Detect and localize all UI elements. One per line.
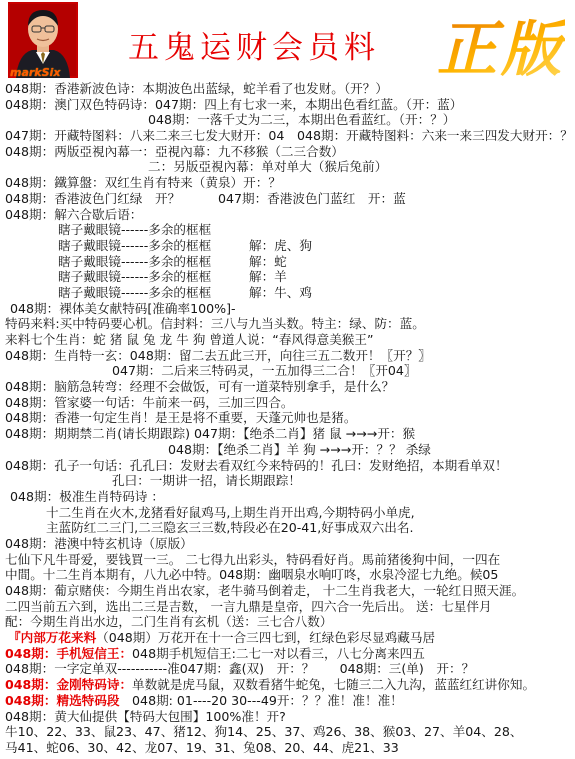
text-line: 『内部万花来料（048期）万花开在十一合三四七到，红绿色彩尽显鸡藏马居 xyxy=(0,630,575,646)
text-line: 048期：一落千丈为二三，本期出色看蓝红。（开：？） xyxy=(0,112,575,128)
line-text: 048期：期期禁二肖(请长期跟踪) 047期：【绝杀二肖】猪 鼠 →→→开：猴 xyxy=(5,426,415,441)
line-text: 048期：解六合歇后语： xyxy=(5,207,142,222)
line-text: 048期：一落千丈为二三，本期出色看蓝红。（开：？） xyxy=(148,112,455,127)
line-text: 048期：管家婆一句话：牛前来一码，三加三四合。 xyxy=(5,395,294,410)
text-line: 048期：金刚特码诗：单数就是虎马鼠，双数看猪牛蛇兔，七随三二入九沟，蓝蓝红红讲… xyxy=(0,677,575,693)
text-line: 048期：裸体美女献特码[准确率100%]- xyxy=(0,301,575,317)
line-text: 瞎子戴眼镜------多余的框框 解：牛、鸡 xyxy=(58,285,312,300)
text-line: 十二生肖在火木,龙猪看好鼠鸡马,上期生肖开出鸡,今期特码小单虎, xyxy=(0,505,575,521)
text-line: 048期：期期禁二肖(请长期跟踪) 047期：【绝杀二肖】猪 鼠 →→→开：猴 xyxy=(0,426,575,442)
text-line: 048期：生肖特一玄：048期：留二去五此三开，向往三五二数开！〖开？〗 xyxy=(0,348,575,364)
text-line: 048期：澳门双色特码诗：047期：四上有七求一来，本期出色看红蓝。（开：蓝） xyxy=(0,97,575,113)
line-label-red: 048期：手机短信王： xyxy=(5,646,132,661)
line-text: 047期：开藏特图料：八来二来三七发大财开：04 048期：开藏特图料：六来一来… xyxy=(5,128,573,143)
line-text: 主蓝防红二三门,二三隐玄三三数,特段必在20-41,好事成双六出名. xyxy=(46,520,413,535)
text-line: 048期：极准生肖特码诗 ： xyxy=(0,489,575,505)
line-text: （048期）万花开在十一合三四七到，红绿色彩尽显鸡藏马居 xyxy=(96,630,435,645)
line-text: 单数就是虎马鼠，双数看猪牛蛇兔，七随三二入九沟，蓝蓝红红讲你知。 xyxy=(132,677,535,692)
page-title: 五鬼运财会员料 xyxy=(128,22,380,67)
text-line: 048期：解六合歇后语： xyxy=(0,207,575,223)
line-text: 二：另版亞視內幕：单对单大（猴后兔前） xyxy=(148,159,387,174)
text-line: 瞎子戴眼镜------多余的框框 xyxy=(0,222,575,238)
line-text: 048期：澳门双色特码诗：047期：四上有七求一来，本期出色看红蓝。（开：蓝） xyxy=(5,97,462,112)
line-label-red: 『内部万花来料 xyxy=(8,630,96,645)
text-line: 主蓝防红二三门,二三隐玄三三数,特段必在20-41,好事成双六出名. xyxy=(0,520,575,536)
line-text: 048期：极准生肖特码诗 ： xyxy=(10,489,164,504)
line-text: 048期：孔子一句话：孔孔曰：发财去看双红今来特码的！孔曰：发财绝招，本期看单双… xyxy=(5,458,508,473)
text-line: 瞎子戴眼镜------多余的框框 解：蛇 xyxy=(0,254,575,270)
line-text: 中間。十二生肖本期有，八九必中特。048期：幽咽泉水响叮咚，水泉冷涩七九绝。候0… xyxy=(5,567,498,582)
text-line: 048期：脑筋急转弯：经理不会做饭，可有一道菜特别拿手，是什么？ xyxy=(0,379,575,395)
line-text: 牛10、22、33、鼠23、47、猪12、狗14、25、37、鸡26、38、猴0… xyxy=(5,724,522,739)
line-text: 048期：葡京赌侠：今期生肖出农家，老牛骑马倒着走， 十二生肖我老大，一轮红日照… xyxy=(5,583,524,598)
line-text: 048期：香港新波色诗：本期波色出蓝绿，蛇羊看了也发财。（开？） xyxy=(5,81,388,96)
line-text: 048期：港澳中特玄机诗（原版） xyxy=(5,536,193,551)
line-text: 马41、蛇06、30、42、龙07、19、31、兔08、20、44、虎21、33 xyxy=(5,740,399,755)
line-text: 配：今期生肖出水边，二门生肖有玄机（送：三七合八数） xyxy=(5,614,332,629)
text-line: 048期：【绝杀二肖】羊 狗 →→→开：？？ 杀绿 xyxy=(0,442,575,458)
text-line: 048期：一字定单双-----------准047期：鑫(双) 开：？ 048期… xyxy=(0,661,575,677)
line-text: 048期：香港一句定生肖！是王是将不重要，天蓬元帅也是猪。 xyxy=(5,410,356,425)
line-text: 瞎子戴眼镜------多余的框框 解：虎、狗 xyxy=(58,238,312,253)
line-text: 048期：裸体美女献特码[准确率100%]- xyxy=(10,301,236,316)
line-text: 048期：生肖特一玄：048期：留二去五此三开，向往三五二数开！〖开？〗 xyxy=(5,348,431,363)
text-line: 048期：黄大仙提供【特码大包围】100%准！开? xyxy=(0,709,575,725)
text-line: 048期：孔子一句话：孔孔曰：发财去看双红今来特码的！孔曰：发财绝招，本期看单双… xyxy=(0,458,575,474)
photo-caption: markSix xyxy=(10,67,78,78)
content-lines: 048期：香港新波色诗：本期波色出蓝绿，蛇羊看了也发财。（开？）048期：澳门双… xyxy=(0,81,575,759)
flyer-page: markSix 五鬼运财会员料 正版 048期：香港新波色诗：本期波色出蓝绿，蛇… xyxy=(0,0,575,759)
text-line: 048期：两版亞視內幕一：亞視內幕：九不移猴（二三合数） xyxy=(0,144,575,160)
text-line: 特码来料:买中特码要心机。信封料：三八与九当头数。特主：绿、防：蓝。 xyxy=(0,316,575,332)
line-text: 048期：黄大仙提供【特码大包围】100%准！开? xyxy=(5,709,286,724)
text-line: 孔曰：一期讲一招，请长期跟踪！ xyxy=(0,473,575,489)
line-text: 048期手机短信王:二七一对以看三，八七分离来四五 xyxy=(132,646,425,661)
text-line: 048期：精选特码段 048期: 01----20 30---49开：？？准！准… xyxy=(0,693,575,709)
line-label-red: 048期：精选特码段 xyxy=(5,693,119,708)
text-line: 048期：管家婆一句话：牛前来一码，三加三四合。 xyxy=(0,395,575,411)
line-text: 048期: 01----20 30---49开：？？准！准！准！ xyxy=(119,693,402,708)
text-line: 配：今期生肖出水边，二门生肖有玄机（送：三七合八数） xyxy=(0,614,575,630)
line-text: 瞎子戴眼镜------多余的框框 解：羊 xyxy=(58,269,287,284)
line-text: 047期：二后来三特码灵，一五加得三二合！〖开04〗 xyxy=(112,363,417,378)
text-line: 来料七个生肖：蛇 猪 鼠 兔 龙 牛 狗 曾道人说：“春风得意美猴王” xyxy=(0,332,575,348)
line-text: 十二生肖在火木,龙猪看好鼠鸡马,上期生肖开出鸡,今期特码小单虎, xyxy=(46,505,415,520)
line-text: 048期：【绝杀二肖】羊 狗 →→→开：？？ 杀绿 xyxy=(168,442,431,457)
text-line: 二四当前五六到，选出二三是吉数， 一言九鼎是皇帝，四六合一先后出。 送：七星伴月 xyxy=(0,599,575,615)
line-text: 瞎子戴眼镜------多余的框框 解：蛇 xyxy=(58,254,287,269)
text-line: 048期：香港新波色诗：本期波色出蓝绿，蛇羊看了也发财。（开？） xyxy=(0,81,575,97)
text-line: 中間。十二生肖本期有，八九必中特。048期：幽咽泉水响叮咚，水泉冷涩七九绝。候0… xyxy=(0,567,575,583)
text-line: 048期：葡京赌侠：今期生肖出农家，老牛骑马倒着走， 十二生肖我老大，一轮红日照… xyxy=(0,583,575,599)
text-line: 牛10、22、33、鼠23、47、猪12、狗14、25、37、鸡26、38、猴0… xyxy=(0,724,575,740)
portrait-photo: markSix xyxy=(8,2,78,78)
line-text: 孔曰：一期讲一招，请长期跟踪！ xyxy=(112,473,301,488)
line-text: 二四当前五六到，选出二三是吉数， 一言九鼎是皇帝，四六合一先后出。 送：七星伴月 xyxy=(5,599,492,614)
text-line: 047期：开藏特图料：八来二来三七发大财开：04 048期：开藏特图料：六来一来… xyxy=(0,128,575,144)
text-line: 048期：手机短信王：048期手机短信王:二七一对以看三，八七分离来四五 xyxy=(0,646,575,662)
text-line: 048期：香港波色门红绿 开？ 047期：香港波色门蓝红 开：蓝 xyxy=(0,191,575,207)
line-text: 瞎子戴眼镜------多余的框框 xyxy=(58,222,211,237)
text-line: 七仙下凡牛哥爱，要钱買一三。 二七得九出彩头，特码看好肖。馬前猪後狗中间，一四在 xyxy=(0,552,575,568)
line-text: 048期：一字定单双-----------准047期：鑫(双) 开：？ 048期… xyxy=(5,661,474,676)
text-line: 马41、蛇06、30、42、龙07、19、31、兔08、20、44、虎21、33 xyxy=(0,740,575,756)
line-text: 048期：两版亞視內幕一：亞視內幕：九不移猴（二三合数） xyxy=(5,144,344,159)
text-line: 048期：鐵算盤：双红生肖有特来（黄泉）开：？ xyxy=(0,175,575,191)
text-line: 047期：二后来三特码灵，一五加得三二合！〖开04〗 xyxy=(0,363,575,379)
text-line: 二：另版亞視內幕：单对单大（猴后兔前） xyxy=(0,159,575,175)
text-line: 瞎子戴眼镜------多余的框框 解：牛、鸡 xyxy=(0,285,575,301)
line-text: 048期：香港波色门红绿 开？ 047期：香港波色门蓝红 开：蓝 xyxy=(5,191,406,206)
line-text: 特码来料:买中特码要心机。信封料：三八与九当头数。特主：绿、防：蓝。 xyxy=(5,316,425,331)
line-text: 048期：脑筋急转弯：经理不会做饭，可有一道菜特别拿手，是什么？ xyxy=(5,379,394,394)
line-label-red: 048期：金刚特码诗： xyxy=(5,677,132,692)
text-line: 048期：香港一句定生肖！是王是将不重要，天蓬元帅也是猪。 xyxy=(0,410,575,426)
line-text: 048期：鐵算盤：双红生肖有特来（黄泉）开：？ xyxy=(5,175,281,190)
text-line: 048期：港澳中特玄机诗（原版） xyxy=(0,536,575,552)
genuine-badge: 正版 xyxy=(437,2,565,88)
text-line: 瞎子戴眼镜------多余的框框 解：虎、狗 xyxy=(0,238,575,254)
text-line: 瞎子戴眼镜------多余的框框 解：羊 xyxy=(0,269,575,285)
line-text: 来料七个生肖：蛇 猪 鼠 兔 龙 牛 狗 曾道人说：“春风得意美猴王” xyxy=(5,332,374,347)
line-text: 七仙下凡牛哥爱，要钱買一三。 二七得九出彩头，特码看好肖。馬前猪後狗中间，一四在 xyxy=(5,552,500,567)
header: markSix 五鬼运财会员料 正版 xyxy=(0,0,575,80)
